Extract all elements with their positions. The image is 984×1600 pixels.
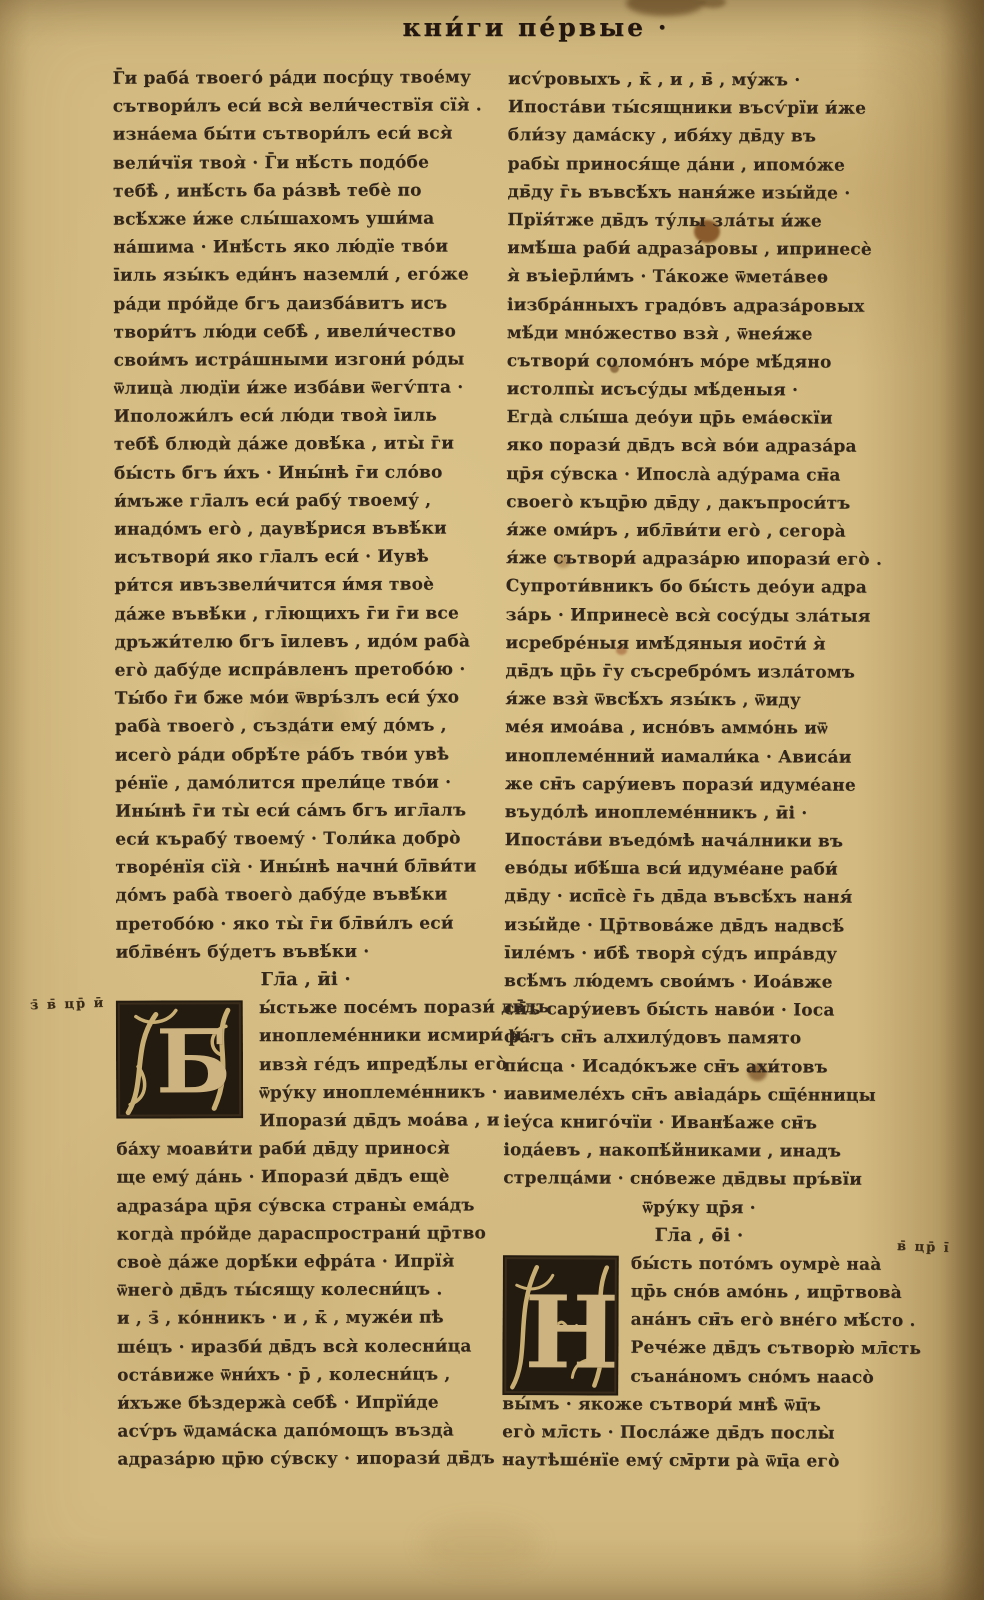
text-line: раба̀ твоего̀ , създа́ти ему́ до́мъ , bbox=[115, 712, 495, 742]
text-line: ана́нъ сн̄ъ его̀ вне́го мѣ́сто . bbox=[631, 1306, 895, 1335]
text-line: бы́сть б̄гъ и́хъ · Ины́нѣ г̄и сло́во bbox=[114, 458, 494, 488]
initial-letter-glyph: Н bbox=[524, 1273, 619, 1391]
right-lines-bottom: вы́мъ · якоже сътвори́ мнѣ̀ ѿц̄ъего̀ мл̄… bbox=[502, 1390, 894, 1476]
text-line: исътвори́ яко гл̄алъ еси́ · Иувѣ bbox=[114, 543, 494, 573]
text-line: ево́ды ибѣ́ша вси́ идуме́ане раби́ bbox=[505, 854, 897, 884]
text-line: съана́номъ сно́мъ наасо̀ bbox=[630, 1362, 894, 1391]
text-line: своего̀ къцр̄ю дв̄ду , дакъпроси́тъ bbox=[506, 488, 898, 518]
left-lines-bottom: ба́ху моави́ти раби́ дв̄ду принося̀ще ем… bbox=[116, 1135, 497, 1475]
text-line: ре́нїе , дамо́лится прели́це тво́и · bbox=[115, 768, 495, 798]
text-line: Ипоста́ви въедо́мѣ нача́лники въ bbox=[505, 826, 897, 856]
right-lines-top: исѵ́ровыхъ , к̄ , и , в̄ , му́жъ ·Ипоста… bbox=[503, 65, 900, 1194]
text-line: и́мъже гл̄алъ еси́ рабу́ твоему́ , bbox=[114, 486, 494, 516]
margin-note-left: з̄ в̄ цр̄ ӣ bbox=[30, 996, 106, 1014]
text-line: до́мъ раба̀ твоего̀ дабу́де въвѣ́ки bbox=[115, 881, 495, 911]
text-line: творе́нїя сїя̀ · Ины́нѣ начни́ бл̄ви́ти bbox=[115, 853, 495, 883]
text-line: ибл̄ве́нъ бу́детъ въвѣ́ки · bbox=[116, 937, 496, 967]
text-line: Ины́нѣ г̄и ты̀ еси́ са́мъ б̄гъ игл̄алъ bbox=[115, 796, 495, 826]
paper-mottle bbox=[420, 1520, 540, 1570]
text-line: иноплеме́нний иамали́ка · Ависа́и bbox=[505, 742, 897, 772]
text-line: ме́я имоа́ва , исно́въ аммо́нь иѿ bbox=[505, 713, 897, 743]
text-line: за́рь · Ипринесѐ вся̀ сосу́ды зла́тыя bbox=[506, 601, 898, 631]
text-line: адраза́ра цр̄я су́вска страны̀ ема́дъ bbox=[116, 1191, 496, 1221]
text-line: я́же сътвори́ адраза́рю ипорази́ его̀ . bbox=[506, 544, 898, 574]
text-line: тебѣ̀ , инѣ́сть б̄а ра́звѣ тебѐ по bbox=[113, 176, 493, 206]
text-line: Ипорази́ дв̄дъ моа́ва , и bbox=[259, 1106, 496, 1135]
text-line: і̄иле́мъ · ибѣ̀ творя̀ су́дъ ипра́вду bbox=[504, 939, 896, 969]
text-line: дв̄дъ цр̄ь г̄у съсребро́мъ изла́томъ bbox=[505, 657, 897, 687]
text-line: когда̀ про́йде дараспространи́ цр̄тво bbox=[117, 1219, 497, 1249]
text-line: Прїя́тже дв̄дъ ту́лы зла́ты и́же bbox=[507, 206, 899, 236]
text-line: фа́тъ сн̄ъ алхилу́довъ памято bbox=[504, 1024, 896, 1054]
text-line: сътвори́лъ еси́ вся̀ вели́чествїя сїя̀ . bbox=[113, 92, 493, 122]
text-line: дв̄ду г̄ь въвсѣ́хъ наня́же изы́йде · bbox=[507, 178, 899, 208]
text-line: его̀ мл̄сть · Посла́же дв̄дъ послы̀ bbox=[502, 1418, 894, 1448]
text-line: ра́ди про́йде б̄гъ даизба́витъ исъ bbox=[113, 289, 493, 319]
text-line: изы́йде · Цр̄твова́же дв̄дъ надвсѣ́ bbox=[504, 911, 896, 941]
text-line: цр̄я су́вска · Ипосла̀ аду́рама сн̄а bbox=[506, 460, 898, 490]
text-line: иавимеле́хъ сн̄ъ авіада́рь сщ̄е́нницы bbox=[504, 1080, 896, 1110]
text-line: яко порази́ дв̄дъ вся̀ во́и адраза́ра bbox=[506, 432, 898, 462]
text-line: дв̄ду · исп̄сѐ г̄ь дв̄да въвсѣ́хъ наня́ bbox=[504, 883, 896, 913]
text-line: свои́мъ истра́шными изгони́ ро́ды bbox=[114, 345, 494, 375]
text-line: всѣ́хже и́же слы́шахомъ уши́ма bbox=[113, 204, 493, 234]
text-line: ще ему́ да́нь · Ипорази́ дв̄дъ ещѐ bbox=[116, 1163, 496, 1193]
text-line: іода́евъ , накопѣ́йниками , инадъ bbox=[503, 1136, 895, 1166]
text-line: претобо́ю · яко ты̀ г̄и бл̄ви́лъ еси́ bbox=[115, 909, 495, 939]
ink-stain bbox=[700, 0, 726, 8]
text-line: і̄иль язы́къ еди́нъ наземли́ , его́же bbox=[113, 261, 493, 291]
text-line: ы́стьже посе́мъ порази́ дв̄дъ bbox=[259, 994, 496, 1023]
text-line: же сн̄ъ сару́иевъ порази́ идуме́ане bbox=[505, 770, 897, 800]
text-line: Ты́бо г̄и б̄же мо́и ѿвръ́злъ еси́ у́хо bbox=[115, 683, 495, 713]
left-text-column: Г̄и раба́ твоего́ ра́ди поср́цу твое́мус… bbox=[113, 63, 498, 1474]
text-line: имѣ́ша раби́ адраза́ровы , ипринесѐ bbox=[507, 234, 899, 264]
text-line: и́хъже бѣздержа̀ себѣ̀ · Ипрїи́де bbox=[117, 1388, 497, 1418]
text-line: дръжи́телю б̄гъ і̄илевъ , идо́м раба̀ bbox=[115, 627, 495, 657]
text-line: Супроти́вникъ бо бы́сть део́уи адра bbox=[506, 573, 898, 603]
right-text-column: исѵ́ровыхъ , к̄ , и , в̄ , му́жъ ·Ипоста… bbox=[502, 65, 900, 1476]
text-line: ивзя̀ ге́дъ ипредѣ́лы его̀ bbox=[259, 1050, 496, 1079]
text-line: іеу́са книго́чїи · Иванѣ́аже сн̄ъ bbox=[503, 1108, 895, 1138]
text-line: исребре́ныя имѣ́дяныя иос̄ти́ я̀ bbox=[505, 629, 897, 659]
text-line: своѐ да́же дорѣ́ки ефра́та · Ипрїя̀ bbox=[117, 1247, 497, 1277]
text-line: бли́зу дама́ску , ибя́ху дв̄ду въ bbox=[508, 122, 900, 152]
text-line: еси́ кърабу́ твоему́ · Толи́ка добро̀ bbox=[115, 824, 495, 854]
text-line: сн̄ъ сару́иевъ бы́сть наво́и · Іоса bbox=[504, 995, 896, 1025]
text-line: бы́сть пото́мъ оумрѐ наа̀ bbox=[631, 1250, 895, 1279]
text-line: истолпы̀ исъсу́ды мѣ́деныя · bbox=[507, 375, 899, 405]
chapter-19-opening: Н бы́сть пото́мъ оумрѐ наа̀цр̄ь сно́в ам… bbox=[502, 1249, 895, 1392]
text-line: его̀ дабу́де испра́вленъ претобо́ю · bbox=[115, 655, 495, 685]
text-line: ѿлица̀ людїи и́же изба́ви ѿегѵ́пта · bbox=[114, 373, 494, 403]
text-line: всѣ́мъ лю́демъ свои́мъ · Иоа́вже bbox=[504, 967, 896, 997]
text-line: ри́тся ивъзвели́чится и́мя твоѐ bbox=[114, 571, 494, 601]
text-line: изна́ема бы́ти сътвори́лъ еси́ вся̀ bbox=[113, 120, 493, 150]
woodcut-initial-B: Б bbox=[116, 1000, 243, 1118]
text-line: исѵ́ровыхъ , к̄ , и , в̄ , му́жъ · bbox=[508, 65, 900, 95]
text-line: твори́тъ лю́ди себѣ̀ , ивели́чество bbox=[113, 317, 493, 347]
chapter-heading-18: Гл̄а , ӣі · bbox=[116, 965, 496, 995]
left-lines-beside-initial: ы́стьже посе́мъ порази́ дв̄дъиноплеме́нн… bbox=[259, 994, 496, 1136]
text-line: тебѣ̀ блюдѝ да́же довѣ́ка , иты̀ г̄и bbox=[114, 430, 494, 460]
text-line: я́же оми́ръ , ибл̄ви́ти его̀ , сегора̀ bbox=[506, 516, 898, 546]
text-line: мѣ́ди мно́жество взя̀ , ѿнея́же bbox=[507, 319, 899, 349]
text-line: инадо́мъ его̀ , даувѣ́рися въвѣ́ки bbox=[114, 514, 494, 544]
text-line: іизбра́нныхъ градо́въ адраза́ровых bbox=[507, 291, 899, 321]
running-header: кни́ги пе́рвые · bbox=[0, 13, 984, 42]
text-line: ше́цъ · иразби́ дв̄дъ вся̀ колесни́ца bbox=[117, 1332, 497, 1362]
text-line: цр̄ь сно́в амо́нь , ицр̄твова̀ bbox=[631, 1278, 895, 1307]
text-line: иноплеме́нники исмири́ и́ . bbox=[259, 1022, 496, 1051]
text-line: въудо́лѣ иноплеме́нникъ , ӣі · bbox=[505, 798, 897, 828]
right-lines-beside-initial: бы́сть пото́мъ оумрѐ наа̀цр̄ь сно́в амо́… bbox=[630, 1250, 895, 1392]
text-line: на́шима · Инѣ́сть яко лю́дїе тво́и bbox=[113, 232, 493, 262]
text-line: Ипоста́ви ты́сящники въсѵ́рїи и́же bbox=[508, 93, 900, 123]
text-line: ба́ху моави́ти раби́ дв̄ду принося̀ bbox=[116, 1135, 496, 1165]
initial-letter-glyph: Б bbox=[156, 1009, 232, 1113]
woodcut-initial-I: Н bbox=[502, 1255, 619, 1396]
text-line: Г̄и раба́ твоего́ ра́ди поср́цу твое́му bbox=[113, 63, 493, 93]
chapter-18-opening: Б ы́стьже посе́мъ порази́ дв̄дъиноплеме́… bbox=[116, 994, 496, 1136]
text-line: Иположи́лъ еси́ лю́ди твоя̀ і̄иль bbox=[114, 402, 494, 432]
text-line: пи́сца · Исадо́къже сн̄ъ ахи́товъ bbox=[504, 1052, 896, 1082]
text-line: ѿнего̀ дв̄дъ ты́сящу колесни́цъ . bbox=[117, 1275, 497, 1305]
text-line: стрелца́ми · сно́веже дв̄двы пръ́вїи bbox=[503, 1164, 895, 1194]
text-line: ѿру́ку иноплеме́нникъ · bbox=[259, 1078, 496, 1107]
text-line: оста́виже ѿни́хъ · р̄ , колесни́цъ , bbox=[117, 1360, 497, 1390]
left-lines-top: Г̄и раба́ твоего́ ра́ди поср́цу твое́мус… bbox=[113, 63, 496, 966]
text-line: исего̀ ра́ди обрѣ́те ра́бъ тво́и увѣ bbox=[115, 740, 495, 770]
text-line: асѵ́ръ ѿдама́ска дапо́мощъ възда̀ bbox=[117, 1416, 497, 1446]
text-line: Егда̀ слы́ша део́уи цр̄ь ема́ѳскїи bbox=[506, 403, 898, 433]
text-line: вели́чїя твоя̀ · Г̄и нѣ́сть подо́бе bbox=[113, 148, 493, 178]
text-line: Рече́же дв̄дъ сътворю̀ мл̄сть bbox=[630, 1334, 894, 1363]
text-line: адраза́рю цр̄ю су́вску · ипорази́ дв̄дъ bbox=[117, 1445, 497, 1475]
text-line: да́же въвѣ́ки , гл̄ющихъ г̄и г̄и все bbox=[114, 599, 494, 629]
text-line: рабы̀ принося́ще да́ни , ипомо́же bbox=[508, 150, 900, 180]
text-line: я́же взя̀ ѿвсѣ́хъ язы́къ , ѿиду bbox=[505, 685, 897, 715]
text-line: я̀ въіер̄ли́мъ · Та́коже ѿмета́веѳ bbox=[507, 262, 899, 292]
chapter-heading-19: Гл̄а , ѳ̄і · bbox=[503, 1221, 895, 1251]
margin-note-right: в̄ цр̄ і̄ bbox=[897, 1239, 951, 1256]
text-line: и , з̄ , ко́нникъ · и , к̄ , муже́и пѣ bbox=[117, 1304, 497, 1334]
book-page-scan: кни́ги пе́рвые · з̄ в̄ цр̄ ӣ в̄ цр̄ і̄ Г… bbox=[0, 0, 984, 1600]
text-line: наутѣше́нїе ему́ см̄рти ра̀ ѿц̄а его̀ bbox=[502, 1446, 894, 1476]
verse-end-centered: ѿру́ку цр̄я · bbox=[503, 1193, 895, 1223]
text-line: сътвори́ соломо́нъ мо́ре мѣ́дяно bbox=[507, 347, 899, 377]
